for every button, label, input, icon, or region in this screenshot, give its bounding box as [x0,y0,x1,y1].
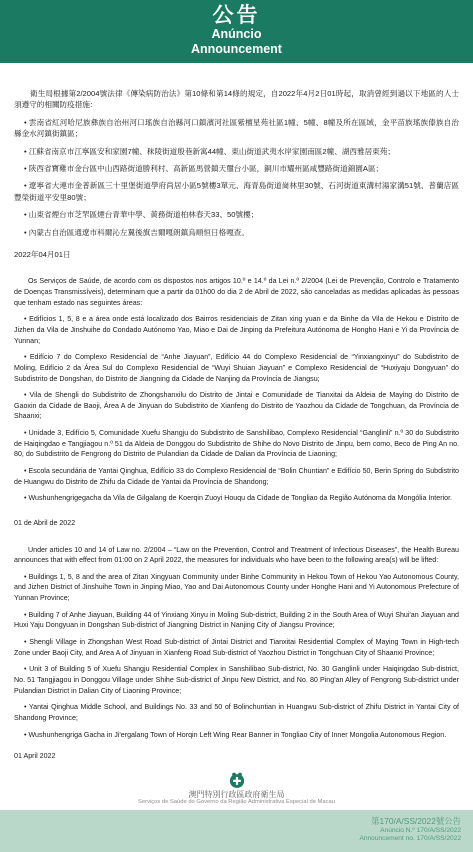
pt-date: 01 de Abril de 2022 [14,518,459,529]
en-area-item: • Buildings 1, 5, 8 and the area of Zita… [14,572,459,604]
pt-area-item: • Unidade 3, Edifício 5, Comunidade Xuef… [14,428,459,460]
issuer-name-pt: Serviços de Saúde do Governo da Região A… [0,799,473,807]
zh-area-item: • 雲南省紅河哈尼族彝族自治州河口瑤族自治縣河口鎮濱河社區紫檀星苑社區1幢、5幢… [14,117,459,140]
en-area-item: • Building 7 of Anhe Jiayuan, Building 4… [14,610,459,631]
health-bureau-logo-icon [0,771,473,789]
pt-intro-paragraph: Os Serviços de Saúde, de acordo com os d… [14,276,459,308]
issuer-block: 澳門特別行政區政府衛生局 Serviços de Saúde do Govern… [0,767,473,810]
pt-area-item: • Edifícios 1, 5, 8 e a área onde está l… [14,314,459,346]
reference-number-zh: 第170/A/SS/2022號公告 [12,816,461,827]
zh-area-item: • 江蘇省南京市江寧區安和家園7幢、秣陵街道殷巷新寓44幢、東山街道武夷水岸家園… [14,146,459,157]
zh-area-item: • 遼寧省大連市金普新區三十里堡街道學府尚居小區5號樓3單元、海青島街道崗林里3… [14,180,459,203]
page-title-en: Announcement [0,42,473,57]
zh-area-item: • 陝西省寶雞市金台區中山西路街道勝利村、高新區馬營鎮天璽台小區，銅川市耀州區咸… [14,163,459,174]
announcement-page: 公告 Anúncio Announcement 衛生局根據第2/2004號法律《… [0,0,473,852]
en-date: 01 April 2022 [14,751,459,762]
en-area-item: • Wushunhengriga Gacha in Ji'ergalang To… [14,730,459,741]
reference-number-en: Announcement no. 170/A/SS/2022 [12,835,461,844]
zh-area-item: • 內蒙古自治區通遼市科爾沁左翼後旗吉爾嘎朗鎮烏順恒日格嘎查。 [14,227,459,238]
pt-area-item: • Wushunhengrigegacha da Vila de Gilgala… [14,493,459,504]
page-title-pt: Anúncio [0,27,473,42]
en-area-item: • Unit 3 of Building 5 of Xuefu Shangju … [14,664,459,696]
pt-area-item: • Escola secundária de Yantai Qinghua, E… [14,466,459,487]
zh-date: 2022年04月01日 [14,249,459,260]
reference-number-pt: Anúncio N.º 170/A/SS/2022 [12,827,461,836]
zh-area-item: • 山東省煙台市芝罘區煙台青華中學、黃務街道柏林春天33、50號樓； [14,209,459,220]
pt-area-item: • Vila de Shengli do Subdistrito de Zhon… [14,390,459,422]
zh-intro-paragraph: 衛生局根據第2/2004號法律《傳染病防治法》第10條和第14條的規定，自202… [14,88,459,111]
en-area-item: • Yantai Qinghua Middle School, and Buil… [14,702,459,723]
pt-area-item: • Edifício 7 do Complexo Residencial de … [14,352,459,384]
section-chinese: 衛生局根據第2/2004號法律《傳染病防治法》第10條和第14條的規定，自202… [14,88,459,260]
section-portuguese: Os Serviços de Saúde, de acordo com os d… [14,276,459,528]
en-area-item: • Shengli Village in Zhongshan West Road… [14,637,459,658]
reference-bar: 第170/A/SS/2022號公告 Anúncio N.º 170/A/SS/2… [0,810,473,852]
header-banner: 公告 Anúncio Announcement [0,0,473,63]
section-english: Under articles 10 and 14 of Law no. 2/20… [14,545,459,762]
en-intro-paragraph: Under articles 10 and 14 of Law no. 2/20… [14,545,459,566]
announcement-body: 衛生局根據第2/2004號法律《傳染病防治法》第10條和第14條的規定，自202… [0,63,473,767]
page-title-zh: 公告 [0,4,473,27]
issuer-name-zh: 澳門特別行政區政府衛生局 [0,790,473,800]
